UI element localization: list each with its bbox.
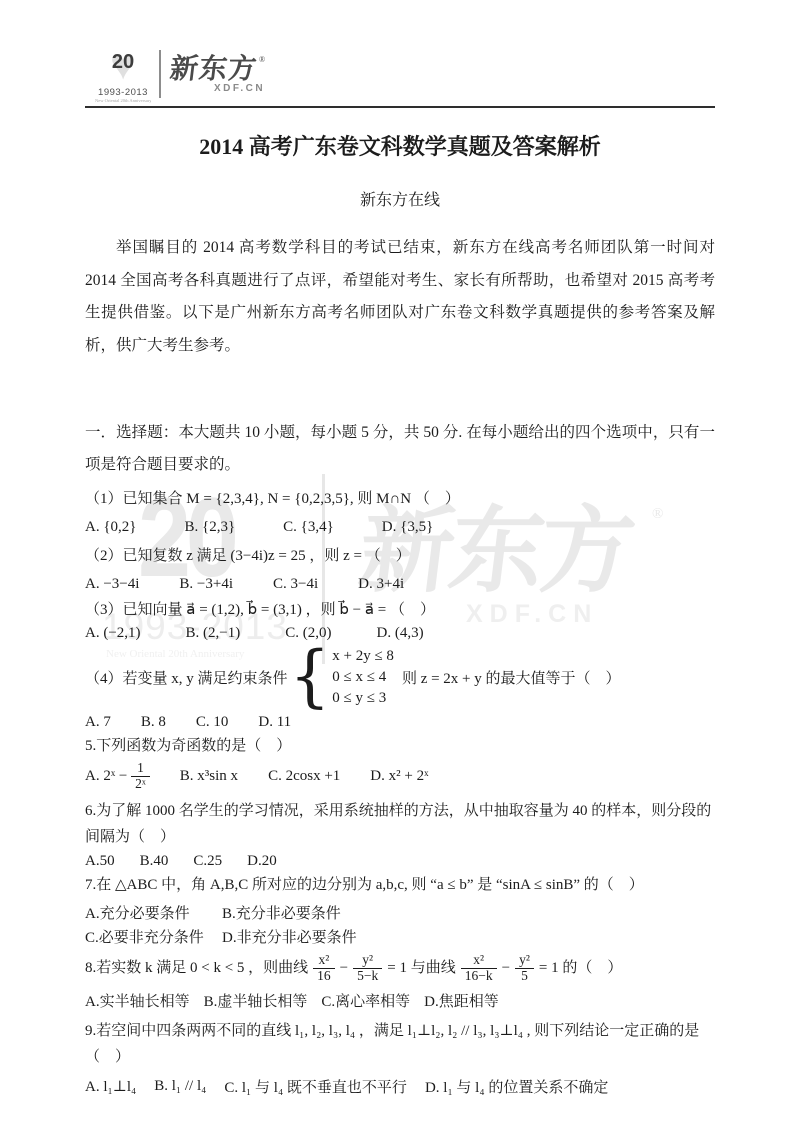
question-9-options: A. l₁⊥l₄ B. l₁ // l₄ C. l₁ 与 l₄ 既不垂直也不平行… (85, 1076, 715, 1097)
question-4-options: A. 7 B. 8 C. 10 D. 11 (85, 714, 715, 731)
question-7-options: A.充分必要条件 B.充分非必要条件 C.必要非充分条件 D.非充分非必要条件 (85, 902, 357, 947)
question-8-fraction-3: x²16−k (461, 953, 497, 984)
option-6d: D.20 (247, 853, 277, 870)
minus-sign: − (340, 958, 348, 978)
option-1c: C. {3,4} (283, 519, 334, 536)
option-4d: D. 11 (258, 714, 291, 731)
option-8b: B.虚半轴长相等 (204, 990, 308, 1011)
minus-sign: − (502, 958, 510, 978)
option-6a: A.50 (85, 853, 115, 870)
option-9a: A. l₁⊥l₄ (85, 1077, 136, 1096)
option-8c: C.离心率相等 (321, 990, 410, 1011)
option-5b: B. x³sin x (180, 768, 238, 785)
option-8d: D.焦距相等 (424, 990, 499, 1011)
option-9b: B. l₁ // l₄ (154, 1078, 206, 1095)
question-9-stem: 9.若空间中四条两两不同的直线 l₁, l₂, l₃, l₄ ，满足 l₁⊥l₂… (85, 1018, 715, 1070)
anniversary-logo: ♥ 20 1993-2013 New Oriental 20th Anniver… (95, 44, 151, 104)
option-7b: B.充分非必要条件 (222, 902, 357, 923)
question-1: （1）已知集合 M = {2,3,4}, N = {0,2,3,5}, 则 M∩… (85, 489, 715, 536)
question-6-options: A.50 B.40 C.25 D.20 (85, 853, 715, 870)
question-4-post: 则 z = 2x + y 的最大值等于（ ） (402, 667, 621, 688)
option-3d: D. (4,3) (377, 625, 424, 642)
brand-logotype: 新东方 (168, 55, 259, 85)
question-1-stem: （1）已知集合 M = {2,3,4}, N = {0,2,3,5}, 则 M∩… (85, 489, 715, 510)
question-7-stem: 7.在 △ABC 中，角 A,B,C 所对应的边分别为 a,b,c, 则 “a … (85, 875, 715, 896)
option-3a: A. (−2,1) (85, 625, 141, 642)
option-7a: A.充分必要条件 (85, 902, 222, 923)
question-6-stem: 6.为了解 1000 名学生的学习情况，采用系统抽样的方法，从中抽取容量为 40… (85, 798, 715, 850)
question-2-stem: （2）已知复数 z 满足 (3−4i)z = 25 ，则 z = （ ） (85, 546, 715, 567)
constraint-2: 0 ≤ x ≤ 4 (332, 667, 394, 688)
option-2c: C. 3−4i (273, 576, 318, 593)
option-1a: A. {0,2} (85, 519, 136, 536)
question-8-stem: 8.若实数 k 满足 0 < k < 5 ，则曲线 x²16 − y²5−k =… (85, 953, 715, 984)
question-3: （3）已知向量 a⃗ = (1,2), b⃗ = (3,1) ，则 b⃗ − a… (85, 600, 715, 642)
question-5-options: A. 2ˣ − 12ˣ B. x³sin x C. 2cosx +1 D. x²… (85, 761, 715, 792)
question-8-mid: = 1 与曲线 (387, 958, 455, 978)
question-8-post: = 1 的（ ） (539, 958, 622, 978)
option-4b: B. 8 (141, 714, 166, 731)
question-8-fraction-4: y²5 (515, 953, 534, 984)
option-8a: A.实半轴长相等 (85, 990, 190, 1011)
question-4-pre: （4）若变量 x, y 满足约束条件 (85, 667, 288, 688)
question-8: 8.若实数 k 满足 0 < k < 5 ，则曲线 x²16 − y²5−k =… (85, 953, 715, 1012)
question-8-options: A.实半轴长相等 B.虚半轴长相等 C.离心率相等 D.焦距相等 (85, 990, 715, 1011)
document-content: 2014 高考广东卷文科数学真题及答案解析 新东方在线 举国瞩目的 2014 高… (85, 128, 715, 1097)
page-title: 2014 高考广东卷文科数学真题及答案解析 (85, 134, 715, 160)
question-5-stem: 5.下列函数为奇函数的是（ ） (85, 736, 715, 757)
option-2a: A. −3−4i (85, 576, 139, 593)
option-7d: D.非充分非必要条件 (222, 926, 357, 947)
section-heading: 一．选择题：本大题共 10 小题，每小题 5 分，共 50 分. 在每小题给出的… (85, 417, 715, 481)
option-5a-text: A. 2ˣ − (85, 768, 127, 784)
constraint-list: x + 2y ≤ 8 0 ≤ x ≤ 4 0 ≤ y ≤ 3 (332, 646, 394, 709)
question-2-options: A. −3−4i B. −3+4i C. 3−4i D. 3+4i (85, 576, 715, 593)
option-4c: C. 10 (196, 714, 229, 731)
option-5a-fraction: 12ˣ (131, 761, 150, 792)
question-9: 9.若空间中四条两两不同的直线 l₁, l₂, l₃, l₄ ，满足 l₁⊥l₂… (85, 1018, 715, 1097)
intro-paragraph: 举国瞩目的 2014 高考数学科目的考试已结束，新东方在线高考名师团队第一时间对… (85, 232, 715, 362)
question-6: 6.为了解 1000 名学生的学习情况，采用系统抽样的方法，从中抽取容量为 40… (85, 798, 715, 870)
option-7c: C.必要非充分条件 (85, 926, 222, 947)
constraint-1: x + 2y ≤ 8 (332, 646, 394, 667)
brand-block: 新东方 ® XDF.CN (170, 55, 265, 94)
option-1b: B. {2,3} (184, 519, 235, 536)
byline: 新东方在线 (85, 187, 715, 210)
option-6c: C.25 (193, 853, 222, 870)
option-9d: D. l₁ 与 l₄ 的位置关系不确定 (425, 1076, 608, 1097)
question-8-pre: 8.若实数 k 满足 0 < k < 5 ，则曲线 (85, 958, 308, 978)
constraint-3: 0 ≤ y ≤ 3 (332, 688, 394, 709)
option-1d: D. {3,5} (382, 519, 433, 536)
question-8-fraction-2: y²5−k (353, 953, 382, 984)
logo-number: 20 (95, 51, 151, 74)
logo-anniversary-caption: New Oriental 20th Anniversary (95, 98, 151, 104)
question-7: 7.在 △ABC 中，角 A,B,C 所对应的边分别为 a,b,c, 则 “a … (85, 875, 715, 947)
option-4a: A. 7 (85, 714, 111, 731)
header-rule (85, 106, 715, 108)
question-2: （2）已知复数 z 满足 (3−4i)z = 25 ，则 z = （ ） A. … (85, 546, 715, 593)
option-5c: C. 2cosx +1 (268, 768, 340, 785)
header-logo: ♥ 20 1993-2013 New Oriental 20th Anniver… (95, 44, 265, 104)
question-8-fraction-1: x²16 (313, 953, 335, 984)
registered-icon: ® (259, 55, 265, 64)
option-6b: B.40 (140, 853, 169, 870)
option-9c: C. l₁ 与 l₄ 既不垂直也不平行 (224, 1076, 407, 1097)
option-5d: D. x² + 2ˣ (370, 768, 428, 785)
logo-divider (159, 50, 161, 98)
question-1-options: A. {0,2} B. {2,3} C. {3,4} D. {3,5} (85, 519, 715, 536)
question-3-stem: （3）已知向量 a⃗ = (1,2), b⃗ = (3,1) ，则 b⃗ − a… (85, 600, 715, 621)
question-4: （4）若变量 x, y 满足约束条件 { x + 2y ≤ 8 0 ≤ x ≤ … (85, 645, 715, 731)
question-3-options: A. (−2,1) B. (2,−1) C. (2,0) D. (4,3) (85, 625, 715, 642)
option-2d: D. 3+4i (358, 576, 404, 593)
question-5: 5.下列函数为奇函数的是（ ） A. 2ˣ − 12ˣ B. x³sin x C… (85, 736, 715, 792)
option-3b: B. (2,−1) (186, 625, 241, 642)
question-4-stem: （4）若变量 x, y 满足约束条件 { x + 2y ≤ 8 0 ≤ x ≤ … (85, 645, 715, 709)
document-page: 20 1993-2013 New Oriental 20th Anniversa… (0, 0, 800, 1131)
option-5a: A. 2ˣ − 12ˣ (85, 761, 150, 792)
option-2b: B. −3+4i (179, 576, 233, 593)
left-brace: { (290, 643, 331, 710)
